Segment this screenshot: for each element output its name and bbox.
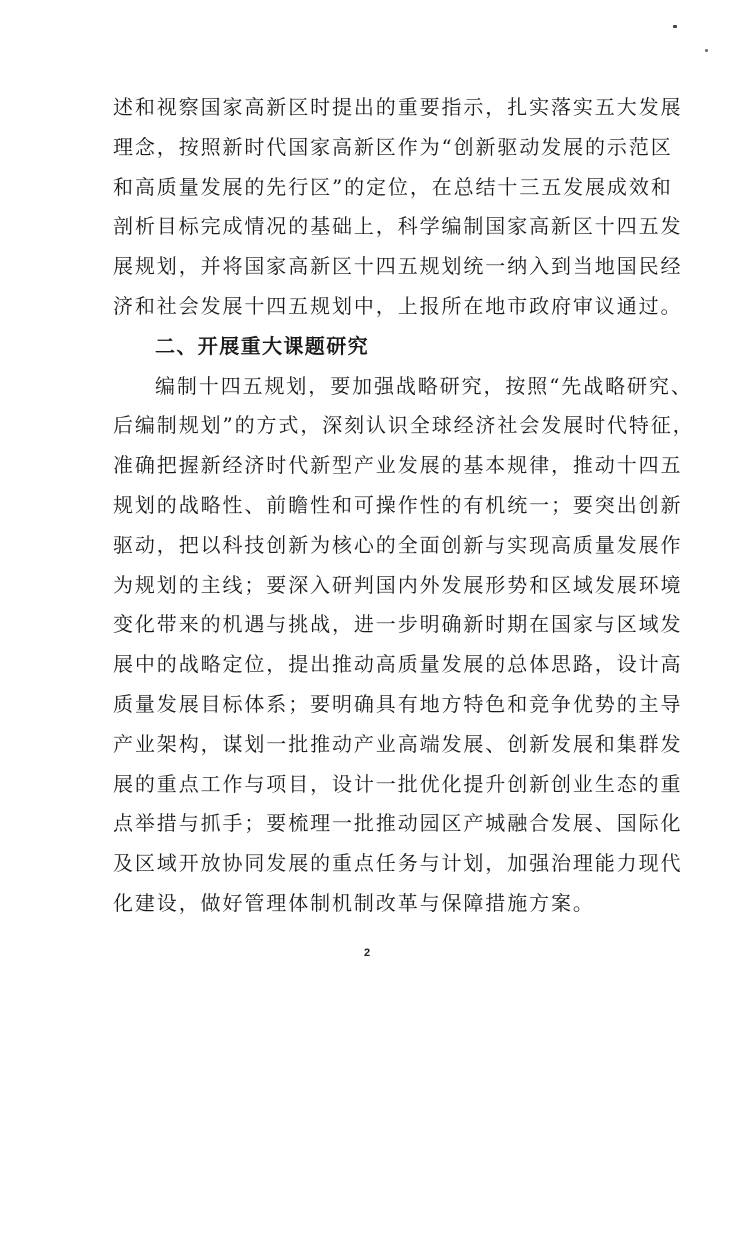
paragraph-line: 编制十四五规划，要加强战略研究，按照“先战略研究、 [113,367,643,407]
paragraph-line: 后编制规划”的方式，深刻认识全球经济社会发展时代特征， [113,406,643,446]
paragraph-line: 展中的战略定位，提出推动高质量发展的总体思路，设计高 [113,645,643,685]
paragraph-line: 化建设，做好管理体制机制改革与保障措施方案。 [113,884,643,924]
paragraph-line: 展规划，并将国家高新区十四五规划统一纳入到当地国民经 [113,247,643,287]
document-page: 述和视察国家高新区时提出的重要指示，扎实落实五大发展 理念，按照新时代国家高新区… [0,0,750,1235]
paragraph-line: 济和社会发展十四五规划中，上报所在地市政府审议通过。 [113,287,643,327]
paragraph-line: 规划的战略性、前瞻性和可操作性的有机统一；要突出创新 [113,486,643,526]
paragraph-line: 驱动，把以科技创新为核心的全面创新与实现高质量发展作 [113,526,643,566]
paragraph-line: 为规划的主线；要深入研判国内外发展形势和区域发展环境 [113,566,643,606]
paragraph-line: 点举措与抓手；要梳理一批推动园区产城融合发展、国际化 [113,804,643,844]
paragraph-line: 变化带来的机遇与挑战，进一步明确新时期在国家与区域发 [113,605,643,645]
paragraph-line: 产业架构，谋划一批推动产业高端发展、创新发展和集群发 [113,725,643,765]
paragraph-line: 和高质量发展的先行区”的定位，在总结十三五发展成效和 [113,168,643,208]
paragraph-line: 展的重点工作与项目，设计一批优化提升创新创业生态的重 [113,765,643,805]
paragraph-line: 质量发展目标体系；要明确具有地方特色和竞争优势的主导 [113,685,643,725]
paragraph-line: 及区域开放协同发展的重点任务与计划，加强治理能力现代 [113,844,643,884]
section-heading: 二、开展重大课题研究 [113,327,643,367]
page-number: 2 [364,947,370,959]
paragraph-line: 述和视察国家高新区时提出的重要指示，扎实落实五大发展 [113,88,643,128]
scan-speck [705,49,708,52]
paragraph-line: 剖析目标完成情况的基础上，科学编制国家高新区十四五发 [113,207,643,247]
paragraph-line: 准确把握新经济时代新型产业发展的基本规律，推动十四五 [113,446,643,486]
scan-speck [673,25,677,28]
paragraph-line: 理念，按照新时代国家高新区作为“创新驱动发展的示范区 [113,128,643,168]
document-body: 述和视察国家高新区时提出的重要指示，扎实落实五大发展 理念，按照新时代国家高新区… [113,88,643,924]
